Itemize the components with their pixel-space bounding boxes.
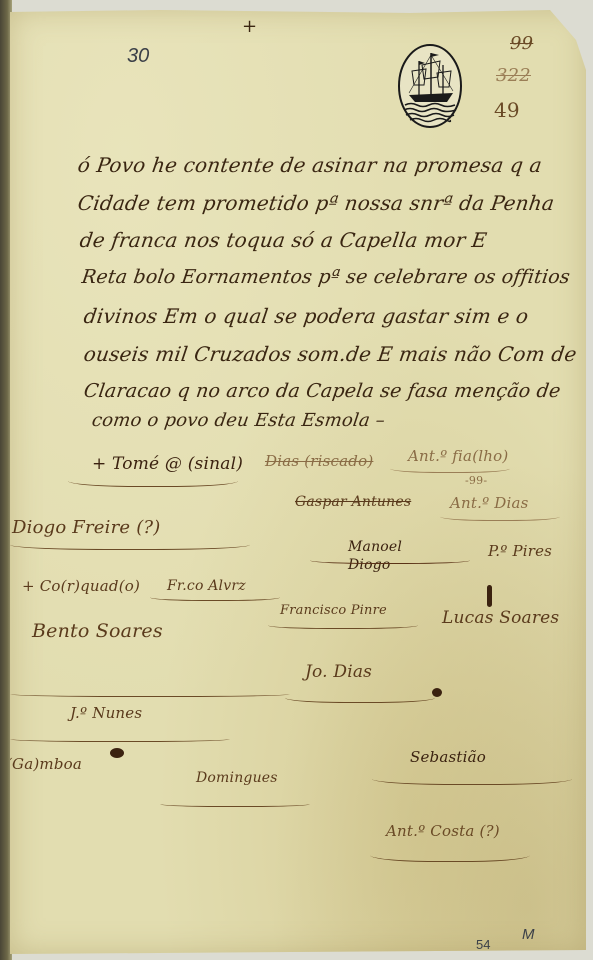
body-line-1: ó Povo he contente de asinar na promesa … bbox=[76, 153, 543, 177]
signature-flourish bbox=[285, 690, 435, 703]
scanned-manuscript: 30 + 99 322 bbox=[0, 0, 593, 960]
pencil-mark: M bbox=[522, 926, 535, 943]
signature-flourish bbox=[440, 510, 560, 521]
signature: J.º Nunes bbox=[70, 704, 142, 722]
archive-number: 54 bbox=[476, 937, 490, 952]
signature: Dias (riscado) bbox=[265, 452, 373, 470]
body-line-2: Cidade tem prometido pª nossa snrª da Pe… bbox=[76, 191, 556, 215]
manuscript-page: 30 + 99 322 bbox=[10, 10, 586, 954]
signature-flourish bbox=[10, 690, 290, 697]
signature-flourish bbox=[372, 770, 572, 785]
signature: (Ga)mboa bbox=[6, 755, 82, 773]
body-line-3: de franca nos toqua só a Capella mor E bbox=[78, 228, 488, 252]
signature: Bento Soares bbox=[32, 620, 163, 642]
body-line-5: divinos Em o qual se podera gastar sim e… bbox=[82, 304, 530, 328]
struck-page-number-2: 322 bbox=[496, 65, 531, 86]
signature: Domingues bbox=[196, 770, 278, 786]
signature: Gaspar Antunes bbox=[295, 494, 411, 510]
signature: Jo. Dias bbox=[305, 662, 372, 682]
struck-page-number-1: 99 bbox=[510, 33, 533, 54]
signature: Francisco Pinre bbox=[280, 603, 387, 618]
ink-blot bbox=[487, 585, 492, 607]
body-line-6: ouseis mil Cruzados som.de E mais não Co… bbox=[82, 342, 578, 366]
signature-flourish bbox=[310, 555, 470, 564]
signature-flourish bbox=[68, 472, 238, 487]
cross-mark: + bbox=[242, 16, 257, 37]
ink-blot bbox=[110, 748, 124, 758]
folio-number: 30 bbox=[127, 45, 149, 68]
signature: Sebastião bbox=[410, 748, 486, 766]
body-line-4: Reta bolo Eornamentos pª se celebrare os… bbox=[80, 266, 571, 288]
page-number: 49 bbox=[494, 98, 520, 122]
signature: Lucas Soares bbox=[442, 608, 559, 628]
signature: P.º Pires bbox=[488, 542, 552, 560]
signature-annotation: -99- bbox=[465, 474, 487, 487]
ship-seal-icon bbox=[397, 43, 463, 129]
signature: Ant.º Costa (?) bbox=[386, 822, 500, 840]
signature: Diogo Freire (?) bbox=[12, 517, 160, 538]
signature-flourish bbox=[150, 592, 280, 601]
signature-flourish bbox=[370, 845, 530, 862]
signature-flourish bbox=[390, 462, 510, 473]
body-line-8: como o povo deu Esta Esmola – bbox=[91, 410, 387, 431]
signature-flourish bbox=[268, 620, 418, 629]
ink-blot bbox=[432, 688, 442, 697]
signature-flourish bbox=[160, 800, 310, 807]
signature: + Co(r)quad(o) bbox=[22, 577, 140, 595]
signature-flourish bbox=[10, 537, 250, 550]
body-line-7: Claracao q no arco da Capela se fasa men… bbox=[82, 380, 562, 402]
signature-flourish bbox=[10, 735, 230, 742]
signature: + Tomé @ (sinal) bbox=[92, 454, 243, 474]
